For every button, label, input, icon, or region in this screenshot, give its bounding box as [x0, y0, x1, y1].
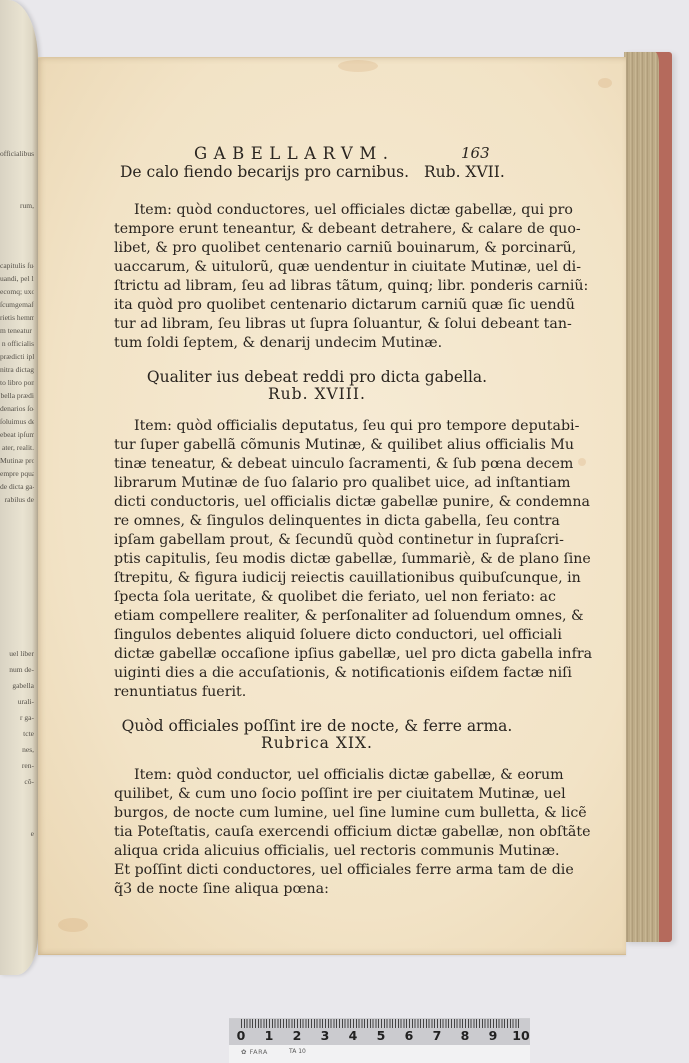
running-title: GABELLARVM. — [194, 144, 395, 163]
running-head: GABELLARVM. 163 — [114, 144, 520, 162]
rubric-heading-18: Qualiter ius debeat reddi pro dicta gabe… — [114, 369, 520, 403]
book-page: GABELLARVM. 163 De calo fiendo becarijs … — [38, 57, 626, 955]
left-page-fragment: uel liber — [0, 648, 34, 661]
section-paragraph: Item: quòd conductores, uel officiales d… — [114, 201, 520, 353]
measurement-ruler: 012345678910 ✿ FARA TA 10 — [229, 1018, 530, 1063]
left-page-fragment: r ga- — [0, 712, 34, 725]
page-text-block: GABELLARVM. 163 De calo fiendo becarijs … — [114, 144, 520, 899]
text-line: q̃3 de nocte ſine aliqua pœna: — [114, 880, 520, 899]
rubric-number: Rub. XVII. — [424, 163, 505, 181]
left-page-fragment: m teneatur q- — [0, 325, 34, 338]
left-page-fragment: rietis hemmas — [0, 312, 34, 325]
text-line: Item: quòd conductor, uel officialis dic… — [114, 766, 520, 785]
section-paragraph: Item: quòd officialis deputatus, ſeu qui… — [114, 417, 520, 702]
left-page-fragment: n officialis — [0, 338, 34, 351]
left-page-fragment: de dicta ga- — [0, 481, 34, 494]
rubric-heading-17: De calo fiendo becarijs pro carnibus. Ru… — [114, 164, 520, 181]
text-line: libet, & pro quolibet centenario carniũ … — [114, 239, 520, 258]
left-page-fragment: e — [0, 828, 34, 841]
text-line: tum ſoldi ſeptem, & denarij undecim Muti… — [114, 334, 520, 353]
text-line: ſtrepitu, & figura iudicij reiectis caui… — [114, 569, 520, 588]
text-line: ptis capitulis, ſeu modis dictæ gabellæ,… — [114, 550, 520, 569]
text-line: aliqua crida alicuius officialis, uel re… — [114, 842, 520, 861]
ruler-label: 3 — [321, 1028, 330, 1043]
text-line: ſingulos debentes aliquid ſoluere dicto … — [114, 626, 520, 645]
rubric-title: De calo fiendo becarijs pro carnibus. — [120, 163, 409, 181]
left-page-fragment: num de- — [0, 664, 34, 677]
ruler-label: 8 — [461, 1028, 470, 1043]
left-page-fragment: officialibus de — [0, 148, 34, 161]
left-page-fragment: empre pqua — [0, 468, 34, 481]
left-page-fragment: capitulis ſu- — [0, 260, 34, 273]
text-line: tinæ teneatur, & debeat uinculo ſacramen… — [114, 455, 520, 474]
ruler-label: 9 — [489, 1028, 498, 1043]
text-line: renuntiatus fuerit. — [114, 683, 520, 702]
rubric-number: Rubrica XIX. — [114, 735, 520, 752]
text-line: re omnes, & ſingulos delinquentes in dic… — [114, 512, 520, 531]
left-page-fragment: nitra dictagi — [0, 364, 34, 377]
ruler-label: 5 — [377, 1028, 386, 1043]
text-line: Et poſſint dicti conductores, uel offici… — [114, 861, 520, 880]
ruler-label: 6 — [405, 1028, 414, 1043]
left-page-fragment: tcte — [0, 728, 34, 741]
left-page-fragment: rum, — [0, 200, 34, 213]
text-line: ſpecta ſola ueritate, & quolibet die fer… — [114, 588, 520, 607]
left-page-fragment: ſcumgemaſto — [0, 299, 34, 312]
text-line: tur ſuper gabellã cõmunis Mutinæ, & quil… — [114, 436, 520, 455]
facing-left-page: officialibus derum,capitulis ſu-uandi, p… — [0, 0, 38, 975]
rubric-title: Quòd officiales poſſint ire de nocte, & … — [114, 718, 520, 735]
left-page-fragment: rabilus de — [0, 494, 34, 507]
text-line: tempore erunt teneantur, & debeant detra… — [114, 220, 520, 239]
rubric-number: Rub. XVIII. — [114, 386, 520, 403]
text-line: dicti conductoris, uel officialis dictæ … — [114, 493, 520, 512]
text-line: Item: quòd officialis deputatus, ſeu qui… — [114, 417, 520, 436]
section-paragraph: Item: quòd conductor, uel officialis dic… — [114, 766, 520, 899]
ruler-label: 2 — [293, 1028, 302, 1043]
text-line: uiginti dies a die accuſationis, & notif… — [114, 664, 520, 683]
ruler-ticks — [241, 1019, 521, 1028]
left-page-fragment: uandi, pel li- — [0, 273, 34, 286]
page-number: 163 — [461, 144, 490, 162]
ruler-label: 10 — [512, 1028, 529, 1043]
text-line: librarum Mutinæ de ſuo ſalario pro quali… — [114, 474, 520, 493]
text-line: ſtrictu ad libram, ſeu ad libras tãtum, … — [114, 277, 520, 296]
ruler-labels: 012345678910 — [229, 1028, 530, 1044]
left-page-fragment: ecomq; uxore — [0, 286, 34, 299]
text-line: tur ad libram, ſeu libras ut ſupra ſolua… — [114, 315, 520, 334]
ruler-scale: 012345678910 — [229, 1019, 530, 1045]
rubric-heading-19: Quòd officiales poſſint ire de nocte, & … — [114, 718, 520, 752]
rubric-title: Qualiter ius debeat reddi pro dicta gabe… — [114, 369, 520, 386]
ruler-label: 1 — [265, 1028, 274, 1043]
text-line: quilibet, & cum uno ſocio poſſint ire pe… — [114, 785, 520, 804]
ruler-model: TA 10 — [289, 1048, 306, 1055]
text-line: burgos, de nocte cum lumine, uel ſine lu… — [114, 804, 520, 823]
left-page-fragment: ſoluimus de — [0, 416, 34, 429]
text-line: etiam compellere realiter, & perſonalite… — [114, 607, 520, 626]
left-page-fragment: urali- — [0, 696, 34, 709]
left-page-fragment: cõ- — [0, 776, 34, 789]
left-page-fragment: prædicti iple — [0, 351, 34, 364]
ruler-label: 7 — [433, 1028, 442, 1043]
text-line: tia Poteſtatis, cauſa exercendi officium… — [114, 823, 520, 842]
left-page-fragment: nes, — [0, 744, 34, 757]
ruler-label: 0 — [237, 1028, 246, 1043]
ruler-label: 4 — [349, 1028, 358, 1043]
text-line: dictæ gabellæ occaſione ipſius gabellæ, … — [114, 645, 520, 664]
left-page-fragment: to libro ponti — [0, 377, 34, 390]
text-line: ipſam gabellam prout, & ſecundũ quòd con… — [114, 531, 520, 550]
left-page-fragment: denarios ſo- — [0, 403, 34, 416]
left-page-fragment: ebeat ipſum — [0, 429, 34, 442]
ruler-brand-logo: ✿ FARA — [241, 1048, 268, 1056]
text-line: uaccarum, & uitulorũ, quæ uendentur in c… — [114, 258, 520, 277]
page-fore-edge — [624, 52, 659, 942]
left-page-fragment: gabella — [0, 680, 34, 693]
left-page-fragment: Mutinæ pro — [0, 455, 34, 468]
left-page-fragment: ater, realit. — [0, 442, 34, 455]
left-page-fragment: ren- — [0, 760, 34, 773]
left-page-fragment: bella prædi — [0, 390, 34, 403]
text-line: ita quòd pro quolibet centenario dictaru… — [114, 296, 520, 315]
text-line: Item: quòd conductores, uel officiales d… — [114, 201, 520, 220]
